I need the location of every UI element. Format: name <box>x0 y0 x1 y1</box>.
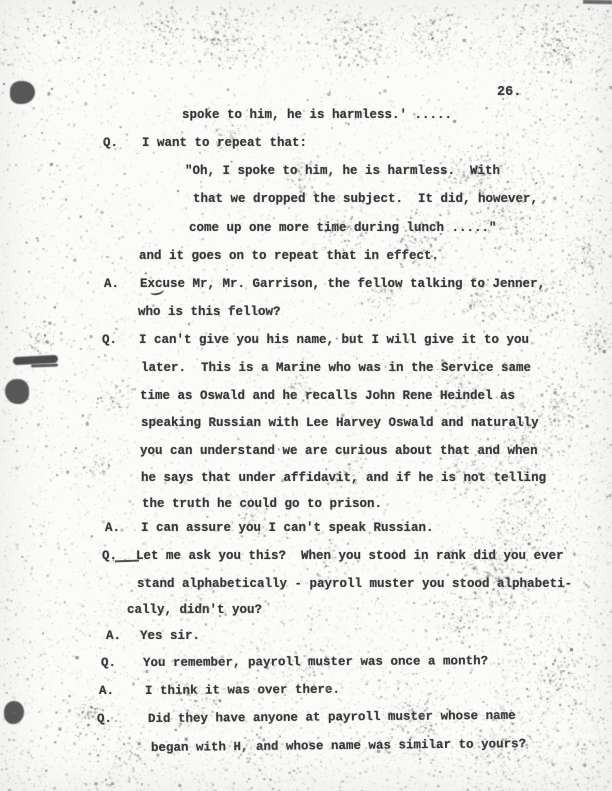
transcript-line: "Oh, I spoke to him, he is harmless. Wit… <box>185 164 500 178</box>
page-number: 26. <box>497 85 521 100</box>
transcript-line: who is this fellow? <box>138 305 281 319</box>
transcript-line: you can understand we are curious about … <box>140 444 538 458</box>
transcript-line: cally, didn't you? <box>127 603 262 617</box>
transcript-line: the truth he could go to prison. <box>142 497 382 511</box>
transcript-line: Yes sir. <box>140 629 200 643</box>
transcript-line: Did they have anyone at payroll muster w… <box>148 709 516 726</box>
speaker-label: Q. <box>102 333 117 347</box>
transcript-line: stand alphabetically - payroll muster yo… <box>137 577 572 591</box>
transcript-line: began with H, and whose name was similar… <box>151 737 526 755</box>
transcript-line: that we dropped the subject. It did, how… <box>193 192 538 206</box>
scanned-document-page: 26. spoke to him, he is harmless.' .....… <box>0 0 612 791</box>
transcript-line: spoke to him, he is harmless.' ..... <box>182 108 452 122</box>
transcript-line: Excuse Mr, Mr. Garrison, the fellow talk… <box>140 277 545 291</box>
transcript-line: come up one more time during lunch .....… <box>189 221 497 235</box>
edge-smudge <box>583 0 612 4</box>
speaker-label: A. <box>105 521 120 535</box>
transcript-line: I think it was over there. <box>145 683 340 698</box>
transcript-line: I want to repeat that: <box>142 136 307 150</box>
transcript-line: time as Oswald and he recalls John Rene … <box>140 389 515 403</box>
speaker-label: Q. <box>103 136 118 150</box>
transcript-line: later. This is a Marine who was in the S… <box>141 361 531 375</box>
speaker-label: Q. <box>97 712 112 726</box>
speaker-label: A. <box>106 629 121 643</box>
transcript-line: speaking Russian with Lee Harvey Oswald … <box>141 416 539 430</box>
speaker-label: A. <box>99 684 114 698</box>
speaker-label: Q. <box>101 656 116 670</box>
transcript-text-layer: 26. spoke to him, he is harmless.' .....… <box>0 0 612 791</box>
speaker-label: A. <box>104 277 119 291</box>
transcript-line: he says that under affidavit, and if he … <box>141 471 546 485</box>
transcript-line: I can assure you I can't speak Russian. <box>141 521 434 535</box>
transcript-line: I can't give you his name, but I will gi… <box>139 333 529 347</box>
transcript-line: and it goes on to repeat that in effect. <box>139 249 439 263</box>
transcript-line: You remember, payroll muster was once a … <box>143 654 488 670</box>
hole-punch-middle-icon <box>5 379 29 404</box>
transcript-line: Let me ask you this? When you stood in r… <box>136 549 564 563</box>
